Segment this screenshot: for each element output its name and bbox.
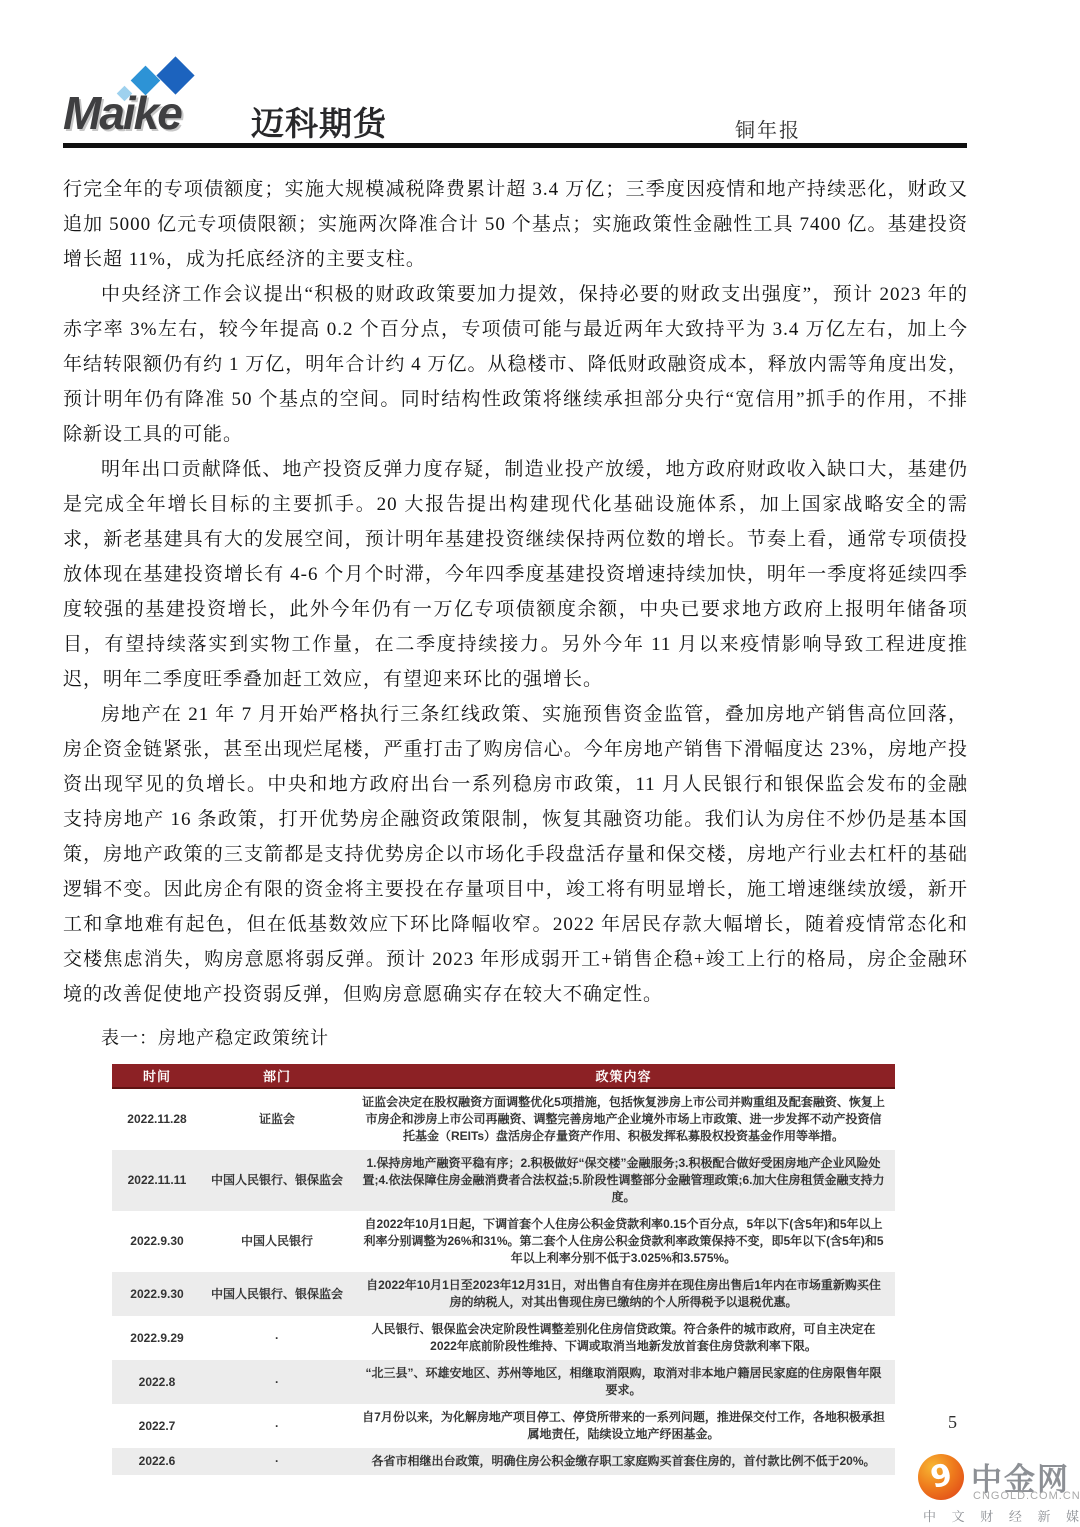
row-date: 2022.9.30 <box>112 1211 202 1272</box>
table-row: 2022.9.29·人民银行、银保监会决定阶段性调整差别化住房信贷政策。符合条件… <box>112 1316 895 1360</box>
row-date: 2022.7 <box>112 1404 202 1448</box>
row-dept: 中国人民银行、银保监会 <box>202 1272 352 1316</box>
paragraphs: 行完全年的专项债额度；实施大规模减税降费累计超 3.4 万亿；三季度因疫情和地产… <box>63 172 968 1012</box>
policy-table-header: 时间 部门 政策内容 <box>112 1064 895 1089</box>
row-content: 各省市相继出台政策，明确住房公积金缴存职工家庭购买首套住房的，首付款比例不低于2… <box>352 1448 895 1475</box>
row-date: 2022.6 <box>112 1448 202 1475</box>
row-content: 证监会决定在股权融资方面调整优化5项措施，包括恢复涉房上市公司并购重组及配套融资… <box>352 1089 895 1150</box>
table-row: 2022.11.28证监会证监会决定在股权融资方面调整优化5项措施，包括恢复涉房… <box>112 1089 895 1150</box>
header-divider <box>63 143 967 148</box>
cngold-logo-glyph: 9 <box>928 1460 955 1494</box>
row-content: “北三县”、环雄安地区、苏州等地区，相继取消限购，取消对非本地户籍居民家庭的住房… <box>352 1360 895 1404</box>
cngold-logo-icon: 9 <box>918 1454 964 1500</box>
page-number: 5 <box>948 1412 957 1433</box>
row-dept: 中国人民银行 <box>202 1211 352 1272</box>
row-dept: · <box>202 1448 352 1475</box>
row-dept: · <box>202 1404 352 1448</box>
row-dept: 中国人民银行、银保监会 <box>202 1150 352 1211</box>
column-header-dept: 部门 <box>202 1066 352 1085</box>
watermark-tagline: 中 文 财 经 新 媒 体 <box>923 1506 1080 1525</box>
table-row: 2022.9.30中国人民银行自2022年10月1日起，下调首套个人住房公积金贷… <box>112 1211 895 1272</box>
column-header-policy: 政策内容 <box>352 1066 895 1085</box>
row-date: 2022.9.29 <box>112 1316 202 1360</box>
logo-wordmark-cn: 迈科期货 <box>251 98 387 145</box>
row-date: 2022.9.30 <box>112 1272 202 1316</box>
maike-logo: Maike 迈科期货 <box>63 58 483 148</box>
row-date: 2022.11.11 <box>112 1150 202 1211</box>
paragraph: 中央经济工作会议提出“积极的财政政策要加力提效，保持必要的财政支出强度”，预计 … <box>63 277 968 452</box>
table-row: 2022.11.11中国人民银行、银保监会1.保持房地产融资平稳有序；2.积极做… <box>112 1150 895 1211</box>
table-caption: 表一：房地产稳定政策统计 <box>63 1024 968 1050</box>
watermark-domain: CNGOLD.COM.CN <box>973 1490 1080 1502</box>
policy-table-body: 2022.11.28证监会证监会决定在股权融资方面调整优化5项措施，包括恢复涉房… <box>112 1089 895 1475</box>
table-row: 2022.6·各省市相继出台政策，明确住房公积金缴存职工家庭购买首套住房的，首付… <box>112 1448 895 1475</box>
row-content: 自7月份以来，为化解房地产项目停工、停贷所带来的一系列问题，推进保交付工作，各地… <box>352 1404 895 1448</box>
paragraph: 房地产在 21 年 7 月开始严格执行三条红线政策、实施预售资金监管，叠加房地产… <box>63 697 968 1012</box>
policy-table: 时间 部门 政策内容 2022.11.28证监会证监会决定在股权融资方面调整优化… <box>112 1064 895 1475</box>
row-content: 人民银行、银保监会决定阶段性调整差别化住房信贷政策。符合条件的城市政府，可自主决… <box>352 1316 895 1360</box>
cngold-watermark: 9 中金网 CNGOLD.COM.CN 中 文 财 经 新 媒 体 <box>915 1448 1075 1523</box>
page-header: Maike 迈科期货 铜年报 <box>0 0 1080 150</box>
row-dept: · <box>202 1316 352 1360</box>
row-dept: · <box>202 1360 352 1404</box>
paragraph: 行完全年的专项债额度；实施大规模减税降费累计超 3.4 万亿；三季度因疫情和地产… <box>63 172 968 277</box>
row-content: 1.保持房地产融资平稳有序；2.积极做好“保交楼”金融服务;3.积极配合做好受困… <box>352 1150 895 1211</box>
report-title-tag: 铜年报 <box>735 114 801 143</box>
paragraph: 明年出口贡献降低、地产投资反弹力度存疑，制造业投产放缓，地方政府财政收入缺口大，… <box>63 452 968 697</box>
row-dept: 证监会 <box>202 1089 352 1150</box>
logo-wordmark-en: Maike <box>63 86 181 140</box>
row-content: 自2022年10月1日起，下调首套个人住房公积金贷款利率0.15个百分点，5年以… <box>352 1211 895 1272</box>
row-date: 2022.8 <box>112 1360 202 1404</box>
report-body: 行完全年的专项债额度；实施大规模减税降费累计超 3.4 万亿；三季度因疫情和地产… <box>63 172 968 1475</box>
table-row: 2022.9.30中国人民银行、银保监会自2022年10月1日至2023年12月… <box>112 1272 895 1316</box>
table-row: 2022.8·“北三县”、环雄安地区、苏州等地区，相继取消限购，取消对非本地户籍… <box>112 1360 895 1404</box>
row-content: 自2022年10月1日至2023年12月31日，对出售自有住房并在现住房出售后1… <box>352 1272 895 1316</box>
row-date: 2022.11.28 <box>112 1089 202 1150</box>
column-header-time: 时间 <box>112 1066 202 1085</box>
table-row: 2022.7·自7月份以来，为化解房地产项目停工、停贷所带来的一系列问题，推进保… <box>112 1404 895 1448</box>
